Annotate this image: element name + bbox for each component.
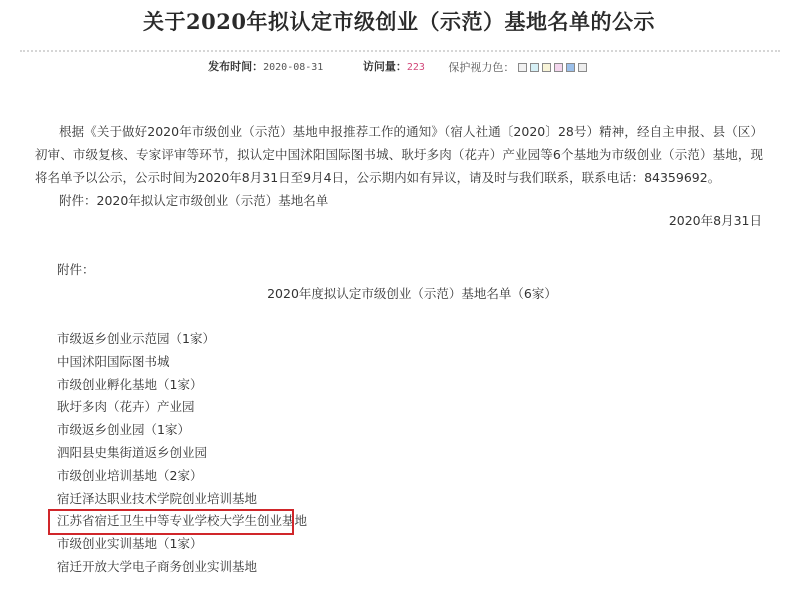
views-label: 访问量： <box>363 60 407 73</box>
list-item: 市级创业实训基地（1家） <box>57 533 307 556</box>
article-meta: 发布时间：2020-08-31 访问量：223 保护视力色： <box>0 59 798 76</box>
body-paragraph: 根据《关于做好2020年市级创业（示范）基地申报推荐工作的通知》（宿人社通〔20… <box>35 120 763 189</box>
color-swatches <box>518 60 590 76</box>
light-gray-swatch[interactable] <box>578 63 587 72</box>
blue-swatch[interactable] <box>566 63 575 72</box>
eye-protect-label: 保护视力色： <box>448 61 514 74</box>
dotted-divider <box>20 50 780 52</box>
list-item: 市级创业培训基地（2家） <box>57 465 307 488</box>
base-list: 市级返乡创业示范园（1家） 中国沭阳国际图书城 市级创业孵化基地（1家） 耿圩多… <box>57 328 307 579</box>
pink-swatch[interactable] <box>554 63 563 72</box>
views-group: 访问量：223 <box>363 59 425 76</box>
list-item: 市级返乡创业示范园（1家） <box>57 328 307 351</box>
views-count: 223 <box>407 62 425 73</box>
list-item: 市级返乡创业园（1家） <box>57 419 307 442</box>
article-body: 根据《关于做好2020年市级创业（示范）基地申报推荐工作的通知》（宿人社通〔20… <box>35 120 763 212</box>
publish-date-label: 发布时间： <box>208 60 263 73</box>
attachment-list-title: 2020年度拟认定市级创业（示范）基地名单（6家） <box>0 284 798 304</box>
cream-swatch[interactable] <box>542 63 551 72</box>
list-item: 市级创业孵化基地（1家） <box>57 374 307 397</box>
list-item: 耿圩多肉（花卉）产业园 <box>57 396 307 419</box>
eye-protect-group: 保护视力色： <box>448 60 590 76</box>
cyan-swatch[interactable] <box>530 63 539 72</box>
list-item: 宿迁开放大学电子商务创业实训基地 <box>57 556 307 579</box>
attachment-reference: 附件：2020年拟认定市级创业（示范）基地名单 <box>35 189 763 212</box>
publish-date-group: 发布时间：2020-08-31 <box>208 59 323 76</box>
list-item: 泗阳县史集街道返乡创业园 <box>57 442 307 465</box>
page-title: 关于2020年拟认定市级创业（示范）基地名单的公示 <box>0 8 798 36</box>
list-item: 中国沭阳国际图书城 <box>57 351 307 374</box>
signature-date: 2020年8月31日 <box>669 211 762 231</box>
gray-swatch[interactable] <box>518 63 527 72</box>
attachment-label: 附件： <box>57 260 95 280</box>
list-item-highlighted: 江苏省宿迁卫生中等专业学校大学生创业基地 <box>57 510 307 533</box>
publish-date-value: 2020-08-31 <box>263 62 323 73</box>
list-item: 宿迁泽达职业技术学院创业培训基地 <box>57 488 307 511</box>
